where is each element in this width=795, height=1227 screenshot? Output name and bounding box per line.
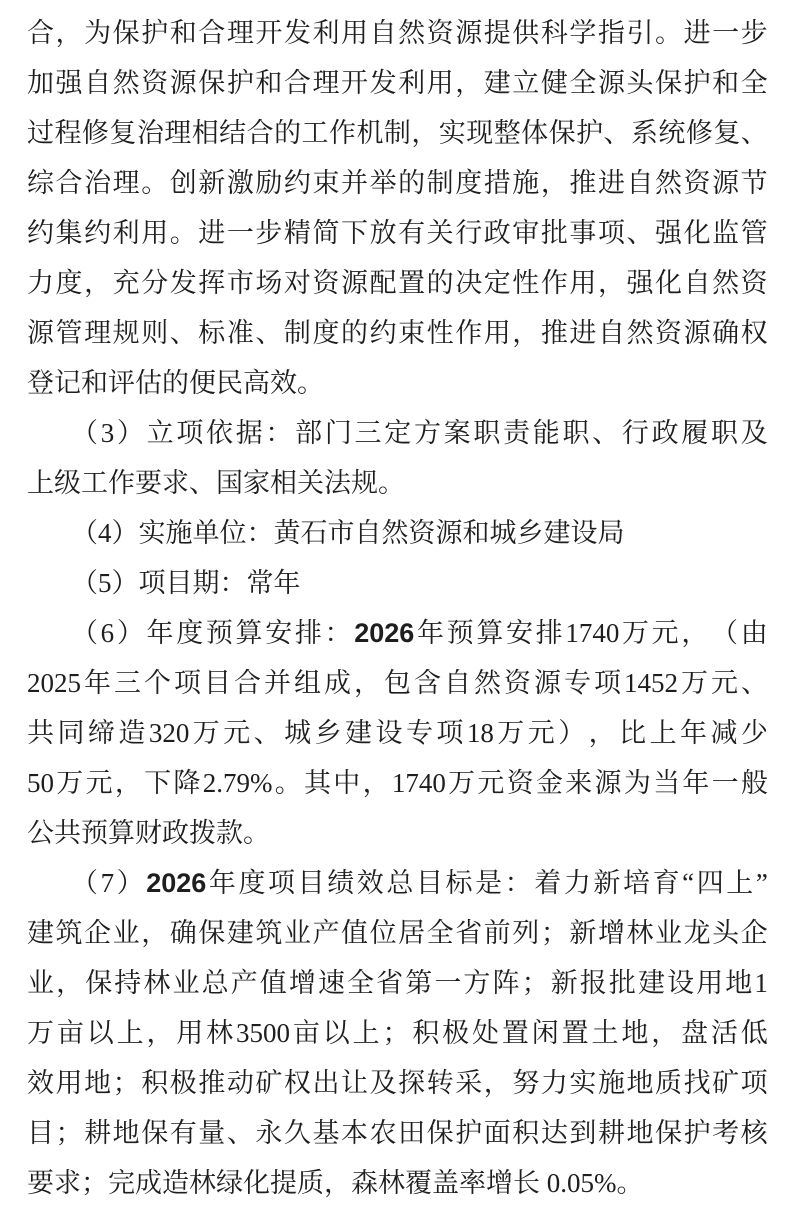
text-run: 然 [398,8,425,58]
text-run: 专 [406,708,433,758]
text-run: 地 [626,1058,653,1108]
text-run: 包 [384,658,411,708]
text-run: 田 [398,1108,425,1158]
text-run: 龙 [684,908,711,958]
text-run: 永 [255,1108,282,1158]
text-run: 极 [170,1058,197,1108]
text-run: 阵 [493,958,520,1008]
text-run: 建 [227,908,254,958]
text-run: 护 [576,108,603,158]
text-run: 源 [684,308,711,358]
text-run: 方 [414,408,441,458]
text-run: 、 [592,408,619,458]
text-run: 6 [101,608,115,658]
text-run: 进 [569,308,596,358]
text-line: 共同缔造320万元、城乡建设专项18万元），比上年减少 [27,708,768,758]
text-run: 共 [27,708,54,758]
text-run: 为 [84,8,111,58]
text-run: 强 [56,58,83,108]
text-run: 一 [712,758,739,808]
text-run: 找 [684,1058,711,1108]
text-run: 列 [512,908,539,958]
text-run: 的 [274,108,301,158]
text-run: 让 [341,1058,368,1108]
text-run: 2.79% [203,758,273,808]
text-run: 组 [294,658,321,708]
text-run: 报 [580,958,607,1008]
text-run: 年 [680,708,707,758]
text-run: 定 [384,408,411,458]
text-run: 立 [512,58,539,108]
text-run: 是 [475,858,502,908]
text-run: 源 [27,308,54,358]
text-run: 实 [439,108,466,158]
text-run: 指 [598,8,625,58]
text-run: （ [711,608,738,658]
text-run: 部 [295,408,322,458]
text-run: 资 [141,58,168,108]
text-run: 保 [113,8,140,58]
text-run: 约 [370,308,397,358]
text-run: 新 [593,858,620,908]
text-run: 和 [712,58,739,108]
text-run: 乡 [315,708,342,758]
text-run: 综 [27,158,54,208]
text-run: 推 [569,158,596,208]
text-run: 居 [398,908,425,958]
text-run: 事 [569,208,596,258]
text-run: 算 [476,608,503,658]
text-run: 安 [506,608,533,658]
text-run: 达 [541,1108,568,1158]
text-run: 矿 [712,1058,739,1108]
text-run: 规 [113,308,140,358]
text-line: 目；耕地保有量、永久基本农田保护面积达到耕地保护考核 [27,1108,768,1158]
text-run: 分 [141,258,168,308]
text-run: 第 [405,958,432,1008]
text-run: 值 [341,908,368,958]
text-line: （4）实施单位：黄石市自然资源和城乡建设局 [27,508,768,558]
text-run: 进 [598,158,625,208]
text-run: 上 [726,858,753,908]
text-run: 建 [345,708,372,758]
text-run: 批 [609,958,636,1008]
text-run: 合 [198,8,225,58]
text-run: 为 [624,758,651,808]
text-run: 出 [312,1058,339,1108]
text-run: ， [56,958,83,1008]
text-run: 理 [84,308,111,358]
text-run: 供 [512,8,539,58]
text-run: 努 [512,1058,539,1108]
text-run: 项 [741,1058,768,1108]
text-run: 以 [87,1008,114,1058]
text-run: 筑 [255,908,282,958]
text-run: 探 [398,1058,425,1108]
text-run: 总 [386,858,413,908]
text-run: 护 [227,58,254,108]
text-run: 比 [619,708,646,758]
text-run: 排 [536,608,563,658]
text-run: 性 [512,258,539,308]
text-run: 含 [414,658,441,708]
text-run: 加 [27,58,54,108]
text-run: 万 [622,608,649,658]
text-run: 由 [741,608,768,658]
text-run: 、 [254,708,281,758]
text-run: 同 [57,708,84,758]
text-run: 业 [284,908,311,958]
text-run: 处 [472,1008,499,1058]
text-run: 2026 [354,608,414,658]
text-run: ； [541,908,568,958]
text-run: 充 [113,258,140,308]
text-run: 监 [712,208,739,258]
text-run: 效 [27,1058,54,1108]
text-run: 面 [484,1108,511,1158]
text-run: 进 [198,208,225,258]
text-run: 新 [569,908,596,958]
text-run: 全 [741,58,768,108]
text-run: 上 [117,1008,144,1058]
text-run: 发 [284,8,311,58]
text-run: 资 [312,258,339,308]
text-run: 耕 [598,1108,625,1158]
text-run: 一 [227,208,254,258]
text-run: 化 [655,258,682,308]
text-run: 城 [284,708,311,758]
text-run: 源 [455,8,482,58]
text-run: 护 [684,1108,711,1158]
text-run: 合 [56,158,83,208]
text-run: 地 [113,1108,140,1158]
text-run: 结 [219,108,246,158]
text-run: ， [589,708,616,758]
text-run: 推 [198,1058,225,1108]
text-run: 全 [569,58,596,108]
text-run: ， [512,308,539,358]
text-run: 积 [512,1108,539,1158]
text-run: 产 [231,958,258,1008]
text-run: 成 [324,658,351,708]
text-run: 复 [109,108,136,158]
text-line: 源管理规则、标准、制度的约束性作用，推进自然资源确权 [27,308,768,358]
text-run: 源 [341,258,368,308]
text-run: 励 [255,158,282,208]
text-run: 项 [176,408,203,458]
text-run: 到 [569,1108,596,1158]
text-run: 场 [255,258,282,308]
text-run: 有 [170,1108,197,1158]
text-run: 管 [741,208,768,258]
text-run: 行 [622,408,649,458]
text-run: 合 [284,58,311,108]
text-run: 用 [176,1008,203,1058]
text-run: ， [84,258,111,308]
text-run: 利 [113,208,140,258]
text-run: 束 [398,308,425,358]
text-run: 年 [682,758,709,808]
text-run: 过 [27,108,54,158]
text-run: 精 [284,208,311,258]
text-run: ， [484,1058,511,1108]
text-run: 。 [141,158,168,208]
text-run: 利 [312,8,339,58]
text-run: 然 [626,308,653,358]
text-run: 、 [741,658,768,708]
text-run: 治 [137,108,164,158]
text-run: 力 [27,258,54,308]
text-run: 确 [170,908,197,958]
text-run: （5）项目期：常年 [71,568,301,598]
text-run: 合 [27,8,54,58]
text-run: 新 [198,158,225,208]
text-run: 束 [312,158,339,208]
text-run: 用 [56,1058,83,1108]
text-run: 林 [626,908,653,958]
text-run: 对 [284,258,311,308]
text-run: 职 [562,408,589,458]
text-run: 元 [86,758,113,808]
text-run: 护 [141,8,168,58]
text-run: 。 [655,8,682,58]
text-run: 50 [27,758,54,808]
text-run: 用 [141,208,168,258]
text-run: 进 [684,8,711,58]
text-run: 理 [312,58,339,108]
text-run: 万 [681,658,708,708]
text-run: 着 [534,858,561,908]
text-run: 资 [684,158,711,208]
text-run: 程 [54,108,81,158]
text-run: 上级工作要求、国家相关法规。 [27,468,405,498]
text-run: 元 [223,708,250,758]
text-run: 省 [376,958,403,1008]
text-run: 位 [370,908,397,958]
text-run: 依 [206,408,233,458]
text-run: 标 [198,308,225,358]
text-run: 自 [370,8,397,58]
text-run: 责 [503,408,530,458]
text-run: 制 [427,158,454,208]
text-run: 和 [170,8,197,58]
text-run: 矿 [255,1058,282,1108]
text-run: 约 [27,208,54,258]
text-run: 元 [652,608,679,658]
text-run: 案 [444,408,471,458]
text-run: 然 [655,158,682,208]
text-run: （4）实施单位：黄石市自然资源和城乡建设局 [71,518,625,548]
text-run: 少 [741,708,768,758]
text-run: 提 [484,8,511,58]
text-run: 管 [56,308,83,358]
text-run: 设 [667,958,694,1008]
text-run: 立 [147,408,174,458]
text-run: 耕 [84,1108,111,1158]
text-run: 度 [176,608,203,658]
text-line: 效用地；积极推动矿权出让及探转采，努力实施地质找矿项 [27,1058,768,1108]
text-run: 来 [565,758,592,808]
text-run: 度 [455,158,482,208]
text-run: 创 [170,158,197,208]
text-run: ， [115,758,142,808]
text-line: 加强自然资源保护和合理开发利用，建立健全源头保护和全 [27,58,768,108]
text-run: 推 [541,308,568,358]
text-line: 综合治理。创新激励约束并举的制度措施，推进自然资源节 [27,158,768,208]
text-line: 力度，充分发挥市场对资源配置的决定性作用，强化自然资 [27,258,768,308]
text-run: ； [382,1008,409,1058]
text-run: 统 [658,108,685,158]
text-run: 的 [341,308,368,358]
text-run: 保 [655,58,682,108]
text-run: 新 [551,958,578,1008]
text-run: 实 [569,1058,596,1108]
text-run: 中 [333,758,360,808]
text-run: 保 [549,108,576,158]
text-run: 元 [528,708,555,758]
text-run: 筑 [56,908,83,958]
text-line: 合，为保护和合理开发利用自然资源提供科学指引。进一步 [27,8,768,58]
text-run: 设 [375,708,402,758]
text-run: 约 [84,208,111,258]
text-run: 力 [541,1058,568,1108]
text-run: 保 [655,1108,682,1158]
text-run: ” [756,858,768,908]
text-run: 并 [341,158,368,208]
text-run: 活 [711,1008,738,1058]
text-run: ， [455,58,482,108]
text-run: 用 [484,308,511,358]
text-run: 排 [295,608,322,658]
text-line: 50万元，下降2.79%。其中，1740万元资金来源为当年一般 [27,758,768,808]
text-run: 业 [172,958,199,1008]
text-run: 。 [170,208,197,258]
text-run: 建 [27,908,54,958]
text-run: 制 [284,308,311,358]
text-run: 用 [427,58,454,108]
text-run: 建 [638,958,665,1008]
text-line: 2025年三个项目合并组成，包含自然资源专项1452万元、 [27,658,768,708]
text-run: 确 [712,308,739,358]
text-run: 资 [507,758,534,808]
text-run: 、 [626,208,653,258]
text-run: 权 [284,1058,311,1108]
text-run: 强 [626,258,653,308]
text-run: 地 [621,1008,648,1058]
text-run: 引 [626,8,653,58]
text-run: 治 [84,158,111,208]
text-run: 自 [598,308,625,358]
text-run: 地 [725,958,752,1008]
text-run: 有 [398,208,425,258]
text-line: 过程修复治理相结合的工作机制，实现整体保护、系统修复、 [27,108,768,158]
text-run: 培 [623,858,650,908]
text-run: 保 [198,58,225,108]
text-run: 保 [198,908,225,958]
text-run: 年 [209,858,236,908]
text-run: 及 [370,1058,397,1108]
text-run: 公共预算财政拨款。 [27,818,270,848]
text-run: 预 [447,608,474,658]
text-run: 项 [598,208,625,258]
text-run: ； [522,958,549,1008]
text-run: ， [411,108,438,158]
text-run: 采 [455,1058,482,1108]
text-run: 自 [84,58,111,108]
text-run: 项 [436,708,463,758]
text-run: 业 [113,908,140,958]
text-line: （5）项目期：常年 [27,558,768,608]
text-run: 的 [398,158,425,208]
text-run: 工 [302,108,329,158]
text-run: 持 [114,958,141,1008]
text-run: 四 [697,858,724,908]
text-run: 2026 [146,858,206,908]
text-run: 林 [143,958,170,1008]
text-run: 核 [741,1108,768,1158]
text-run: ； [113,1058,140,1108]
text-run: 发 [370,58,397,108]
text-line: 要求；完成造林绿化提质，森林覆盖率增长 0.05%。 [27,1158,768,1208]
text-run: 政 [484,208,511,258]
text-run: 亩 [57,1008,84,1058]
text-run: 度 [56,258,83,308]
text-run: 7 [101,858,115,908]
text-run: 资 [741,258,768,308]
text-run: 建 [484,58,511,108]
text-run: ， [56,8,83,58]
text-run: （ [71,858,98,908]
text-run: 然 [712,258,739,308]
text-run: 审 [512,208,539,258]
text-run: 关 [427,208,454,258]
text-run: 标 [446,858,473,908]
text-run: 健 [541,58,568,108]
text-line: 公共预算财政拨款。 [27,808,768,858]
text-run: 年 [417,608,444,658]
text-run: 资 [427,8,454,58]
text-run: 元 [477,758,504,808]
text-run: 方 [463,958,490,1008]
text-run: 护 [455,1108,482,1158]
text-run: 动 [227,1058,254,1108]
text-run: 自 [684,258,711,308]
text-run: 科 [541,8,568,58]
text-run: 万 [497,708,524,758]
text-run: 集 [56,208,83,258]
text-run: 速 [318,958,345,1008]
text-run: 万 [27,1008,54,1058]
text-run: 亩 [293,1008,320,1058]
text-run: 措 [484,158,511,208]
text-run: 其 [304,758,331,808]
text-line: 登记和评估的便民高效。 [27,358,768,408]
text-run: 理 [164,108,191,158]
text-run: 门 [325,408,352,458]
text-run: 2025 [27,658,81,708]
text-run: 上 [353,1008,380,1058]
text-run: 积 [141,1058,168,1108]
text-run: ） [117,608,144,658]
text-run: 一 [434,958,461,1008]
text-run: 本 [341,1108,368,1158]
text-run: 以 [323,1008,350,1058]
text-run: 下 [341,208,368,258]
text-run: 作 [329,108,356,158]
text-run: 置 [398,258,425,308]
text-run: 万 [448,758,475,808]
text-run: 整 [494,108,521,158]
